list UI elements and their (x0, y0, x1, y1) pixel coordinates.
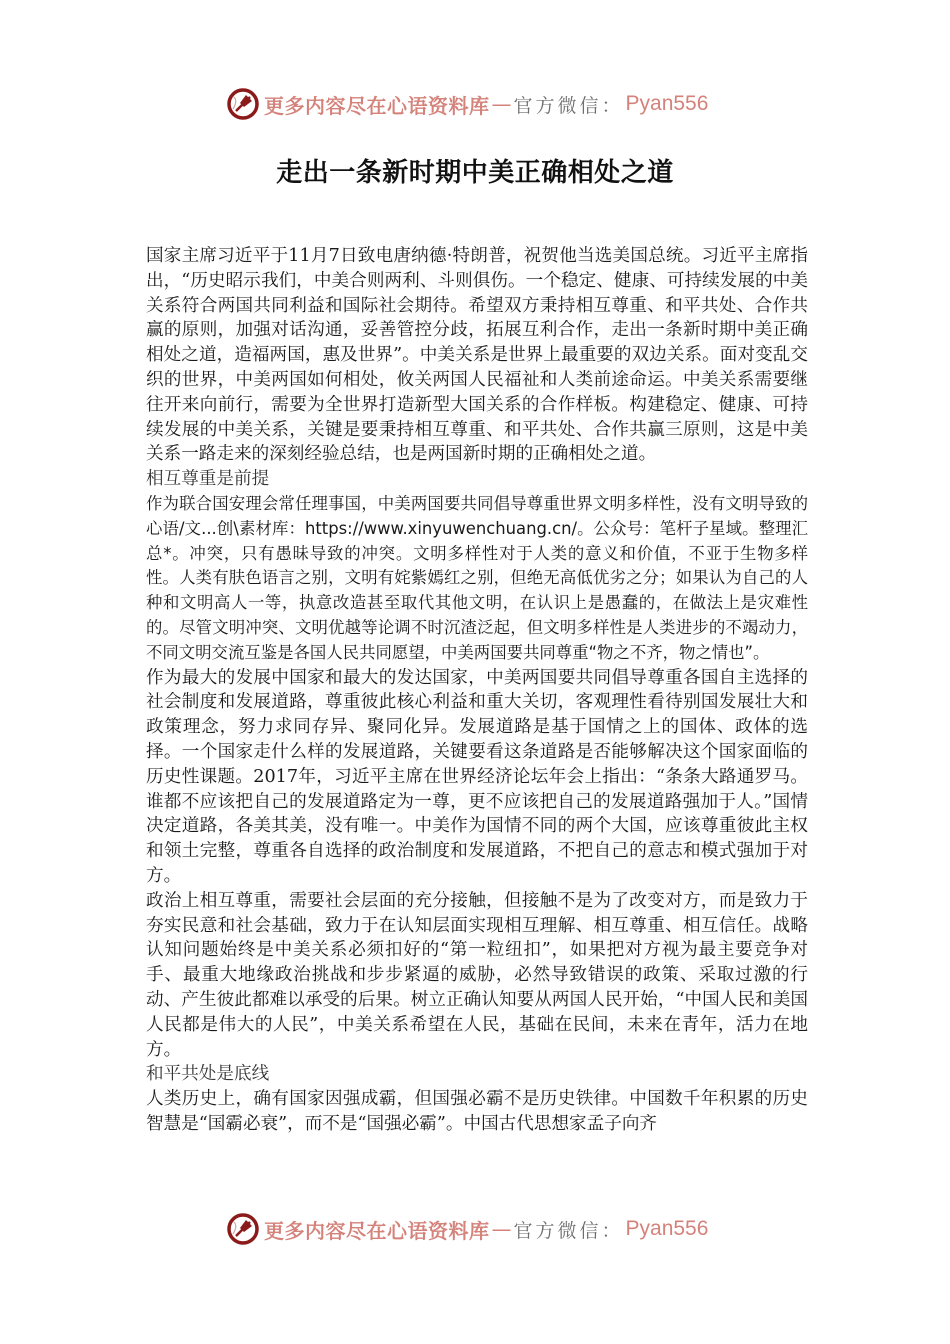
banner-dash: — (492, 92, 512, 116)
header-watermark-banner: 更多内容尽在心语资料库 — 官方微信： Pyan556 (226, 84, 708, 124)
section-heading-peaceful-coexistence: 和平共处是底线 (146, 1062, 808, 1087)
paragraph-history: 人类历史上，确有国家因强成霸，但国强必霸不是历史铁律。中国数千年积累的历史智慧是… (146, 1087, 808, 1137)
banner-wechat-id: Pyan556 (626, 92, 709, 116)
document-title: 走出一条新时期中美正确相处之道 (0, 152, 950, 189)
paragraph-development-path: 作为最大的发展中国家和最大的发达国家，中美两国要共同倡导尊重各国自主选择的社会制… (146, 666, 808, 889)
section-heading-mutual-respect: 相互尊重是前提 (146, 467, 808, 492)
footer-watermark-banner: 更多内容尽在心语资料库 — 官方微信： Pyan556 (226, 1209, 708, 1249)
document-body: 国家主席习近平于11月7日致电唐纳德·特朗普，祝贺他当选美国总统。习近平主席指出… (146, 244, 808, 1137)
quill-pen-circle-icon (226, 87, 260, 121)
paragraph-political-respect: 政治上相互尊重，需要社会层面的充分接触，但接触不是为了改变对方，而是致力于夯实民… (146, 889, 808, 1063)
paragraph-intro: 国家主席习近平于11月7日致电唐纳德·特朗普，祝贺他当选美国总统。习近平主席指出… (146, 244, 808, 467)
banner-right-text: 官方微信： (514, 1216, 624, 1243)
paragraph-civilization-diversity: 作为联合国安理会常任理事国，中美两国要共同倡导尊重世界文明多样性，没有文明导致的… (146, 492, 808, 666)
banner-dash: — (492, 1217, 512, 1241)
banner-left-text: 更多内容尽在心语资料库 (264, 1215, 490, 1244)
banner-wechat-id: Pyan556 (626, 1217, 709, 1241)
banner-left-text: 更多内容尽在心语资料库 (264, 90, 490, 119)
banner-right-text: 官方微信： (514, 91, 624, 118)
quill-pen-circle-icon (226, 1212, 260, 1246)
